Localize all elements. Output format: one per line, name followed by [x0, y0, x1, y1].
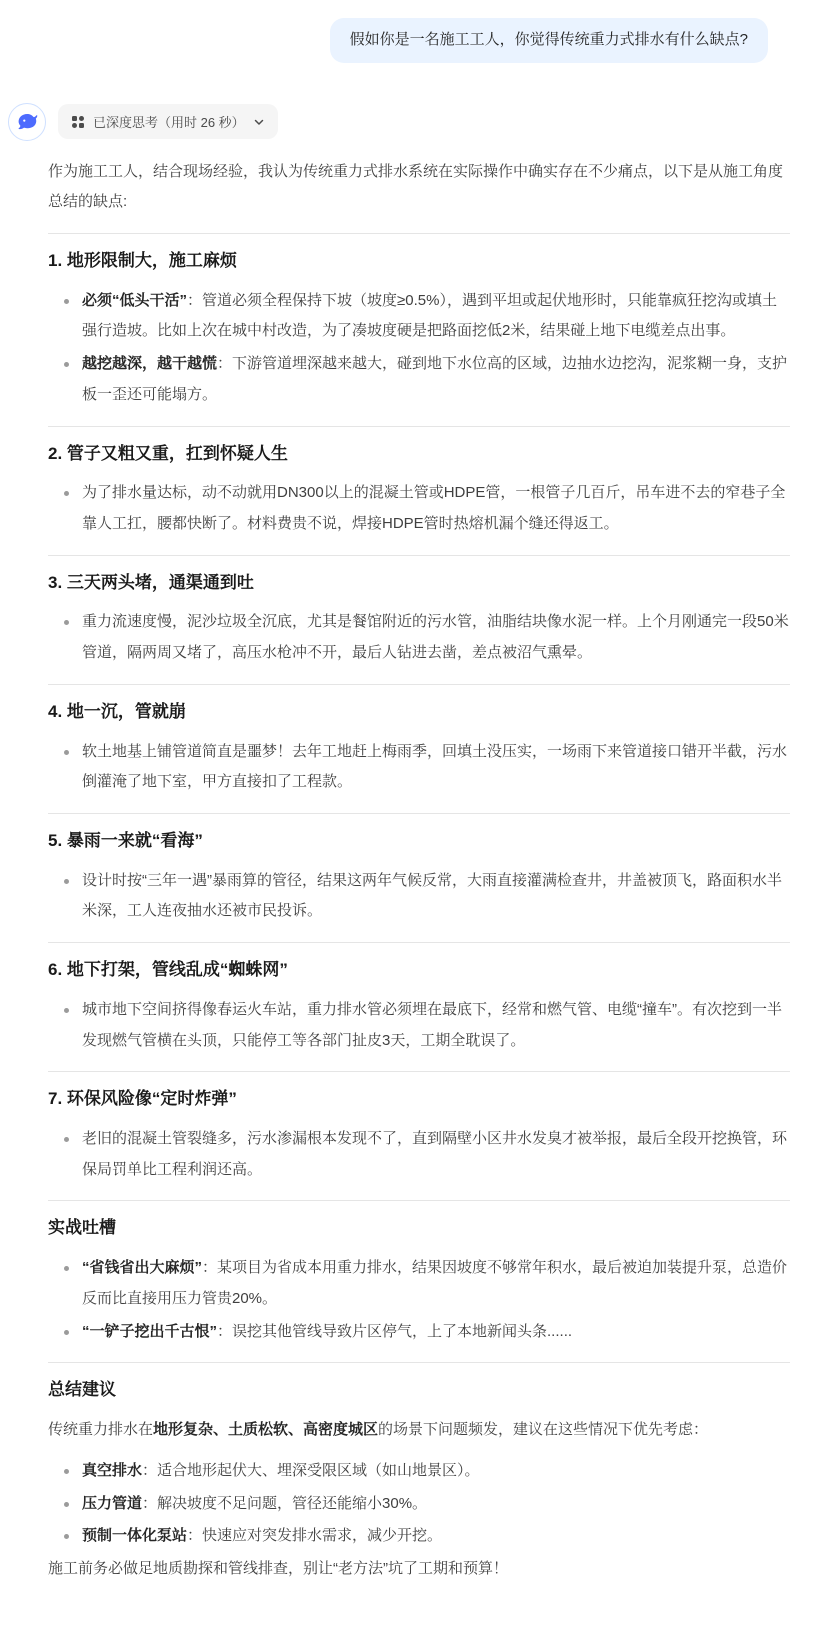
bullet-text: 城市地下空间挤得像春运火车站，重力排水管必须埋在最底下，经常和燃气管、电缆“撞车… [82, 1001, 782, 1049]
bullet-text: ：解决坡度不足问题，管径还能缩小30%。 [142, 1495, 427, 1512]
summary-text-post: 的场景下问题频发，建议在这些情况下优先考虑： [378, 1421, 708, 1438]
section-heading: 5. 暴雨一来就“看海” [48, 829, 790, 854]
intro-paragraph: 作为施工工人，结合现场经验，我认为传统重力式排水系统在实际操作中确实存在不少痛点… [48, 157, 790, 219]
list-item: 必须“低头干活”：管道必须全程保持下坡（坡度≥0.5%），遇到平坦或起伏地形时，… [60, 286, 790, 348]
section-divider [48, 813, 790, 814]
chat-page: 假如你是一名施工工人，你觉得传统重力式排水有什么缺点? [0, 0, 831, 1585]
closing-paragraph: 施工前务必做足地质勘探和管线排查，别让“老方法”坑了工期和预算！ [48, 1554, 790, 1585]
list-item: 重力流速度慢，泥沙垃圾全沉底，尤其是餐馆附近的污水管，油脂结块像水泥一样。上个月… [60, 607, 790, 669]
section-heading: 7. 环保风险像“定时炸弹” [48, 1087, 790, 1112]
summary-list: 真空排水：适合地形起伏大、埋深受限区域（如山地景区）。 压力管道：解决坡度不足问… [48, 1456, 790, 1552]
bullet-lead: 预制一体化泵站 [82, 1527, 187, 1544]
section-divider [48, 1362, 790, 1363]
bullet-text: 软土地基上铺管道简直是噩梦！去年工地赶上梅雨季，回填土没压实，一场雨下来管道接口… [82, 743, 787, 791]
bullet-text: ：适合地形起伏大、埋深受限区域（如山地景区）。 [142, 1462, 480, 1479]
bullet-lead: 越挖越深，越干越慌 [82, 355, 217, 372]
assistant-avatar [8, 103, 46, 141]
summary-paragraph: 传统重力排水在地形复杂、土质松软、高密度城区的场景下问题频发，建议在这些情况下优… [48, 1415, 790, 1446]
list-item: 软土地基上铺管道简直是噩梦！去年工地赶上梅雨季，回填土没压实，一场雨下来管道接口… [60, 737, 790, 799]
whale-logo-icon [15, 110, 39, 134]
bullet-lead: 必须“低头干活” [82, 292, 187, 309]
bullet-text: ：快速应对突发排水需求，减少开挖。 [187, 1527, 442, 1544]
bullet-lead: “省钱省出大麻烦” [82, 1259, 202, 1276]
bullet-text: ：管道必须全程保持下坡（坡度≥0.5%），遇到平坦或起伏地形时，只能靠疯狂挖沟或… [82, 292, 777, 340]
list-item: 老旧的混凝土管裂缝多，污水渗漏根本发现不了，直到隔壁小区井水发臭才被举报，最后全… [60, 1124, 790, 1186]
assistant-message: 作为施工工人，结合现场经验，我认为传统重力式排水系统在实际操作中确实存在不少痛点… [48, 157, 790, 1585]
deep-think-label: 已深度思考（用时 26 秒） [93, 112, 245, 131]
summary-text-pre: 传统重力排水在 [48, 1421, 153, 1438]
assistant-header: 已深度思考（用时 26 秒） [8, 103, 831, 141]
section-divider [48, 233, 790, 234]
section-heading: 6. 地下打架，管线乱成“蜘蛛网” [48, 958, 790, 983]
section-list: 设计时按“三年一遇”暴雨算的管径，结果这两年气候反常，大雨直接灌满检查井，井盖被… [48, 866, 790, 928]
summary-heading: 总结建议 [48, 1378, 790, 1403]
list-item: 越挖越深，越干越慌：下游管道埋深越来越大，碰到地下水位高的区域，边抽水边挖沟，泥… [60, 349, 790, 411]
section-heading: 实战吐槽 [48, 1216, 790, 1241]
summary-text-bold: 地形复杂、土质松软、高密度城区 [153, 1421, 378, 1438]
deep-think-icon [71, 115, 85, 129]
chevron-down-icon [253, 116, 265, 128]
section-divider [48, 426, 790, 427]
section-divider [48, 1071, 790, 1072]
section-heading: 1. 地形限制大，施工麻烦 [48, 249, 790, 274]
user-message-row: 假如你是一名施工工人，你觉得传统重力式排水有什么缺点? [0, 18, 831, 63]
bullet-text: ：误挖其他管线导致片区停气，上了本地新闻头条...... [217, 1323, 572, 1340]
list-item: “一铲子挖出千古恨”：误挖其他管线导致片区停气，上了本地新闻头条...... [60, 1317, 790, 1348]
deep-think-toggle[interactable]: 已深度思考（用时 26 秒） [58, 104, 278, 139]
bullet-text: 设计时按“三年一遇”暴雨算的管径，结果这两年气候反常，大雨直接灌满检查井，井盖被… [82, 872, 782, 920]
section-list: 软土地基上铺管道简直是噩梦！去年工地赶上梅雨季，回填土没压实，一场雨下来管道接口… [48, 737, 790, 799]
section-heading: 2. 管子又粗又重，扛到怀疑人生 [48, 442, 790, 467]
bullet-lead: 压力管道 [82, 1495, 142, 1512]
user-message-bubble: 假如你是一名施工工人，你觉得传统重力式排水有什么缺点? [330, 18, 768, 63]
list-item: “省钱省出大麻烦”：某项目为省成本用重力排水，结果因坡度不够常年积水，最后被迫加… [60, 1253, 790, 1315]
list-item: 真空排水：适合地形起伏大、埋深受限区域（如山地景区）。 [60, 1456, 790, 1487]
section-divider [48, 555, 790, 556]
section-divider [48, 942, 790, 943]
section-list: 重力流速度慢，泥沙垃圾全沉底，尤其是餐馆附近的污水管，油脂结块像水泥一样。上个月… [48, 607, 790, 669]
section-list: 城市地下空间挤得像春运火车站，重力排水管必须埋在最底下，经常和燃气管、电缆“撞车… [48, 995, 790, 1057]
section-list: 为了排水量达标，动不动就用DN300以上的混凝土管或HDPE管，一根管子几百斤，… [48, 478, 790, 540]
bullet-text: 重力流速度慢，泥沙垃圾全沉底，尤其是餐馆附近的污水管，油脂结块像水泥一样。上个月… [82, 613, 789, 661]
section-heading: 3. 三天两头堵，通渠通到吐 [48, 571, 790, 596]
bullet-lead: 真空排水 [82, 1462, 142, 1479]
list-item: 设计时按“三年一遇”暴雨算的管径，结果这两年气候反常，大雨直接灌满检查井，井盖被… [60, 866, 790, 928]
list-item: 预制一体化泵站：快速应对突发排水需求，减少开挖。 [60, 1521, 790, 1552]
section-list: 必须“低头干活”：管道必须全程保持下坡（坡度≥0.5%），遇到平坦或起伏地形时，… [48, 286, 790, 411]
section-heading: 4. 地一沉，管就崩 [48, 700, 790, 725]
bullet-text: 老旧的混凝土管裂缝多，污水渗漏根本发现不了，直到隔壁小区井水发臭才被举报，最后全… [82, 1130, 787, 1178]
section-list: “省钱省出大麻烦”：某项目为省成本用重力排水，结果因坡度不够常年积水，最后被迫加… [48, 1253, 790, 1347]
bullet-lead: “一铲子挖出千古恨” [82, 1323, 217, 1340]
list-item: 城市地下空间挤得像春运火车站，重力排水管必须埋在最底下，经常和燃气管、电缆“撞车… [60, 995, 790, 1057]
list-item: 为了排水量达标，动不动就用DN300以上的混凝土管或HDPE管，一根管子几百斤，… [60, 478, 790, 540]
section-divider [48, 684, 790, 685]
list-item: 压力管道：解决坡度不足问题，管径还能缩小30%。 [60, 1489, 790, 1520]
section-list: 老旧的混凝土管裂缝多，污水渗漏根本发现不了，直到隔壁小区井水发臭才被举报，最后全… [48, 1124, 790, 1186]
bullet-text: 为了排水量达标，动不动就用DN300以上的混凝土管或HDPE管，一根管子几百斤，… [82, 484, 785, 532]
section-divider [48, 1200, 790, 1201]
